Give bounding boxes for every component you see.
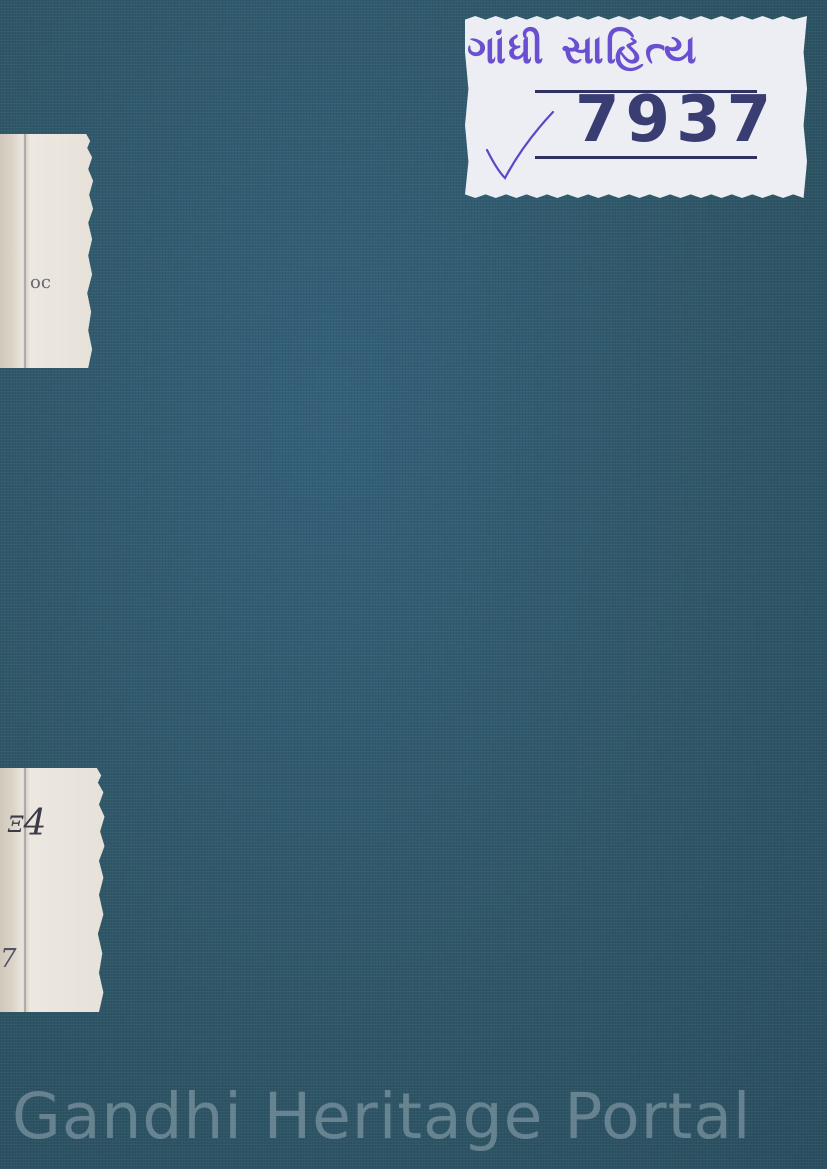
library-stamp-text: ગાંધી સાહિત્ય (467, 30, 805, 70)
library-label: ગાંધી સાહિત્ય 7937 (465, 16, 807, 198)
spine-tag-lower-text: 4 (23, 803, 46, 844)
watermark: Gandhi Heritage Portal (12, 1085, 751, 1148)
check-mark-icon (483, 104, 563, 184)
accession-number: 7937 (575, 88, 777, 152)
spine-tag-lower: Ξ4 7 (0, 768, 110, 1012)
label-rule-bottom (535, 156, 757, 159)
spine-tag-upper: oc (0, 134, 98, 368)
book-cover: ગાંધી સાહિત્ય 7937 oc Ξ4 7 Gandhi Herita… (0, 0, 827, 1169)
spine-tag-upper-text: oc (30, 274, 51, 292)
spine-tag-lower-side-text: 7 (0, 946, 17, 972)
spine-fold-line (24, 134, 26, 368)
spine-tag-lower-number: Ξ4 (8, 806, 46, 842)
